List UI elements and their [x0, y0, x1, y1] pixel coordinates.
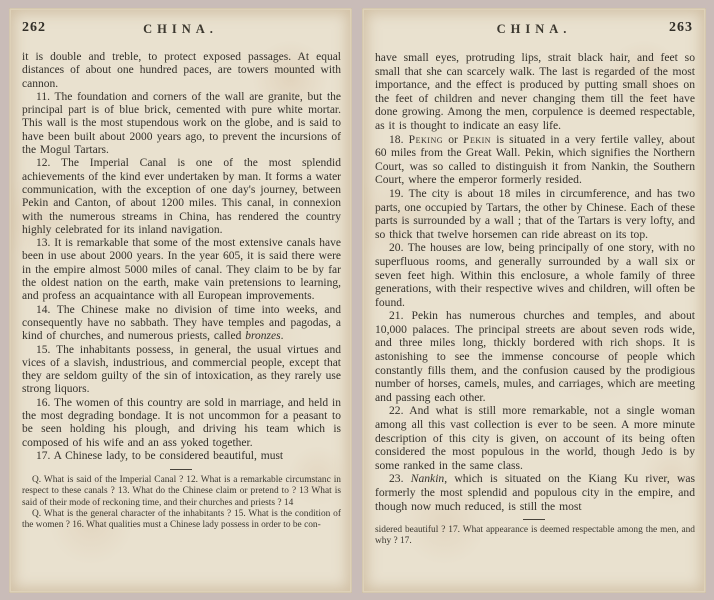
paragraph: 20. The houses are low, being principall… — [375, 241, 695, 309]
page-number: 263 — [669, 20, 693, 36]
paragraph: sidered beautiful ? 17. What appearance … — [375, 525, 695, 547]
running-title: CHINA. — [362, 22, 706, 37]
paragraph: 16. The women of this country are sold i… — [22, 397, 341, 450]
page-footnotes: Q. What is said of the Imperial Canal ? … — [9, 475, 352, 531]
paragraph: 11. The foundation and corners of the wa… — [22, 91, 341, 157]
book-spread-scan: 262 CHINA. it is double and treble, to p… — [0, 0, 714, 600]
paragraph: Q. What is the general character of the … — [22, 509, 341, 531]
paragraph: 14. The Chinese make no division of time… — [22, 304, 341, 344]
book-page-left: 262 CHINA. it is double and treble, to p… — [9, 8, 352, 593]
paragraph: 13. It is remarkable that some of the mo… — [22, 237, 341, 303]
paragraph: 18. Peking or Pekin is situated in a ver… — [375, 133, 695, 187]
page-footnotes: sidered beautiful ? 17. What appearance … — [362, 525, 706, 547]
paragraph: Q. What is said of the Imperial Canal ? … — [22, 475, 341, 509]
page-header: 262 CHINA. — [9, 22, 352, 44]
footnote-rule — [170, 469, 192, 470]
paragraph: 17. A Chinese lady, to be considered bea… — [22, 450, 341, 463]
paragraph: 19. The city is about 18 miles in circum… — [375, 187, 695, 241]
paragraph: 22. And what is still more remarkable, n… — [375, 404, 695, 472]
page-header: CHINA. 263 — [362, 22, 706, 44]
paragraph: have small eyes, protruding lips, strait… — [375, 51, 695, 133]
paragraph: 23. Nankin, which is situated on the Kia… — [375, 472, 695, 513]
book-page-right: CHINA. 263 have small eyes, protruding l… — [362, 8, 706, 593]
paragraph: 21. Pekin has numerous churches and temp… — [375, 309, 695, 404]
running-title: CHINA. — [9, 22, 352, 37]
page-body-text: it is double and treble, to protect expo… — [9, 51, 352, 463]
footnote-rule — [523, 519, 545, 520]
page-body-text: have small eyes, protruding lips, strait… — [362, 51, 706, 513]
paragraph: 15. The inhabitants possess, in general,… — [22, 344, 341, 397]
paragraph: 12. The Imperial Canal is one of the mos… — [22, 157, 341, 237]
paragraph: it is double and treble, to protect expo… — [22, 51, 341, 91]
